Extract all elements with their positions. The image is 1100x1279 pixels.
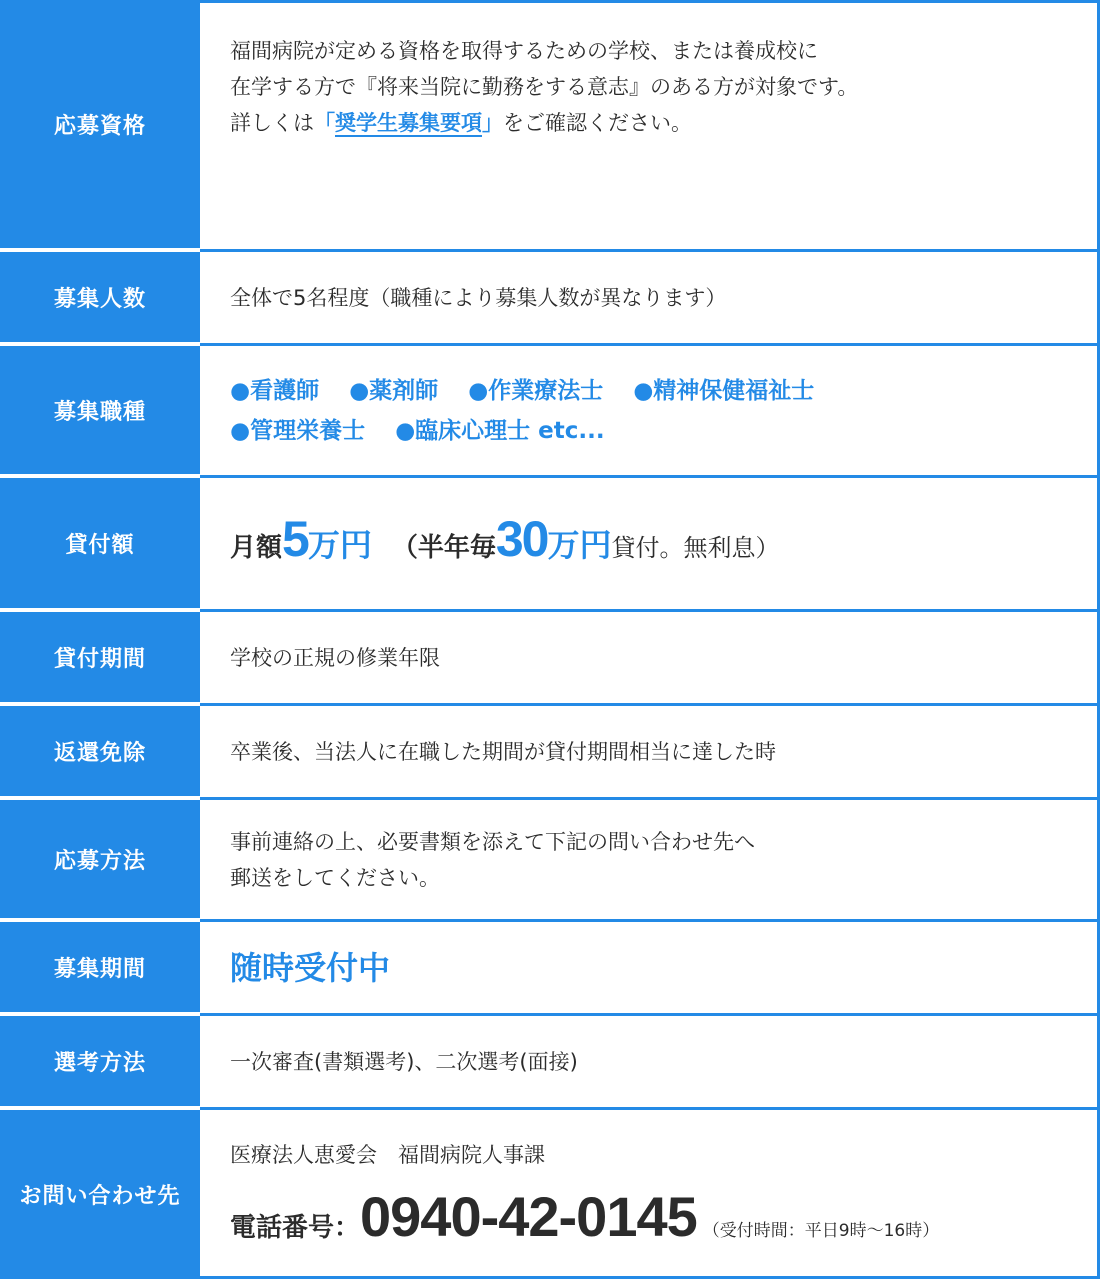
phone-number[interactable]: 0940-42-0145 xyxy=(360,1187,697,1247)
job-item: ●薬剤師 xyxy=(349,378,438,404)
job-item: ●看護師 xyxy=(230,378,319,404)
row-label: 募集人数 xyxy=(0,252,200,346)
monthly-amount: 5 xyxy=(282,521,308,557)
row-job-types: 募集職種 ●看護師●薬剤師●作業療法士●精神保健福祉士 ●管理栄養士●臨床心理士… xyxy=(0,346,1100,478)
contact-organization: 医療法人恵愛会 福間病院人事課 xyxy=(230,1137,1097,1173)
row-selection-method: 選考方法 一次審査(書類選考)、二次選考(面接) xyxy=(0,1016,1100,1110)
row-value: 学校の正規の修業年限 xyxy=(200,612,1100,706)
row-headcount: 募集人数 全体で5名程度（職種により募集人数が異なります） xyxy=(0,252,1100,346)
row-loan-period: 貸付期間 学校の正規の修業年限 xyxy=(0,612,1100,706)
jobs-line: ●管理栄養士●臨床心理士 etc... xyxy=(230,411,1097,451)
row-application-method: 応募方法 事前連絡の上、必要書類を添えて下記の問い合わせ先へ 郵送をしてください… xyxy=(0,800,1100,922)
bracket-close: 」 xyxy=(482,111,503,135)
row-label: 貸付期間 xyxy=(0,612,200,706)
text-line: 在学する方で『将来当院に勤務をする意志』のある方が対象です。 xyxy=(230,69,1097,105)
monthly-unit: 万円 xyxy=(308,527,372,563)
row-label: 募集期間 xyxy=(0,922,200,1016)
row-value: 事前連絡の上、必要書類を添えて下記の問い合わせ先へ 郵送をしてください。 xyxy=(200,800,1100,922)
row-label: 貸付額 xyxy=(0,478,200,612)
row-label: 応募方法 xyxy=(0,800,200,922)
row-value: 福間病院が定める資格を取得するための学校、または養成校に 在学する方で『将来当院… xyxy=(200,0,1100,252)
row-value: 全体で5名程度（職種により募集人数が異なります） xyxy=(200,252,1100,346)
text-fragment: 詳しくは xyxy=(230,111,314,135)
job-item: ●作業療法士 xyxy=(468,378,603,404)
job-item: ●管理栄養士 xyxy=(230,418,365,444)
row-value: 一次審査(書類選考)、二次選考(面接) xyxy=(200,1016,1100,1110)
row-loan-amount: 貸付額 月額 5 万円 （半年毎 30 万円 貸付。無利息） xyxy=(0,478,1100,612)
monthly-prefix: 月額 xyxy=(230,530,282,566)
jobs-line: ●看護師●薬剤師●作業療法士●精神保健福祉士 xyxy=(230,371,1097,411)
text-line: 詳しくは「奨学生募集要項」をご確認ください。 xyxy=(230,105,1097,141)
loan-amount: 月額 5 万円 （半年毎 30 万円 貸付。無利息） xyxy=(230,521,1097,566)
text-fragment: をご確認ください。 xyxy=(503,111,692,135)
row-value: ●看護師●薬剤師●作業療法士●精神保健福祉士 ●管理栄養士●臨床心理士 etc.… xyxy=(200,346,1100,478)
row-value: 卒業後、当法人に在職した期間が貸付期間相当に達した時 xyxy=(200,706,1100,800)
row-label: 返還免除 xyxy=(0,706,200,800)
job-item: ●臨床心理士 etc... xyxy=(395,418,605,444)
phone-label: 電話番号： xyxy=(230,1210,360,1246)
text-line: 福間病院が定める資格を取得するための学校、または養成校に xyxy=(230,33,1097,69)
row-recruitment-period: 募集期間 随時受付中 xyxy=(0,922,1100,1016)
half-year-amount: 30 xyxy=(496,521,548,557)
paren-prefix: （半年毎 xyxy=(392,530,496,566)
job-item: ●精神保健福祉士 xyxy=(633,378,814,404)
phone-line: 電話番号： 0940-42-0145 （受付時間：平日9時〜16時） xyxy=(230,1187,1097,1249)
half-year-unit: 万円 xyxy=(547,527,611,563)
period-status: 随時受付中 xyxy=(230,950,1097,986)
phone-hours: （受付時間：平日9時〜16時） xyxy=(703,1213,939,1249)
row-label: お問い合わせ先 xyxy=(0,1110,200,1279)
text-line: 事前連絡の上、必要書類を添えて下記の問い合わせ先へ xyxy=(230,824,1097,860)
row-value: 随時受付中 xyxy=(200,922,1100,1016)
row-repayment-exemption: 返還免除 卒業後、当法人に在職した期間が貸付期間相当に達した時 xyxy=(0,706,1100,800)
guidelines-link[interactable]: 奨学生募集要項 xyxy=(335,111,482,135)
row-label: 選考方法 xyxy=(0,1016,200,1110)
paren-suffix: 貸付。無利息） xyxy=(612,530,780,566)
text-line: 郵送をしてください。 xyxy=(230,860,1097,896)
row-contact: お問い合わせ先 医療法人恵愛会 福間病院人事課 電話番号： 0940-42-01… xyxy=(0,1110,1100,1279)
bracket-open: 「 xyxy=(314,111,335,135)
row-eligibility: 応募資格 福間病院が定める資格を取得するための学校、または養成校に 在学する方で… xyxy=(0,0,1100,252)
row-value: 医療法人恵愛会 福間病院人事課 電話番号： 0940-42-0145 （受付時間… xyxy=(200,1110,1100,1279)
row-label: 募集職種 xyxy=(0,346,200,478)
scholarship-info-table: 応募資格 福間病院が定める資格を取得するための学校、または養成校に 在学する方で… xyxy=(0,0,1100,1279)
row-label: 応募資格 xyxy=(0,0,200,252)
row-value: 月額 5 万円 （半年毎 30 万円 貸付。無利息） xyxy=(200,478,1100,612)
